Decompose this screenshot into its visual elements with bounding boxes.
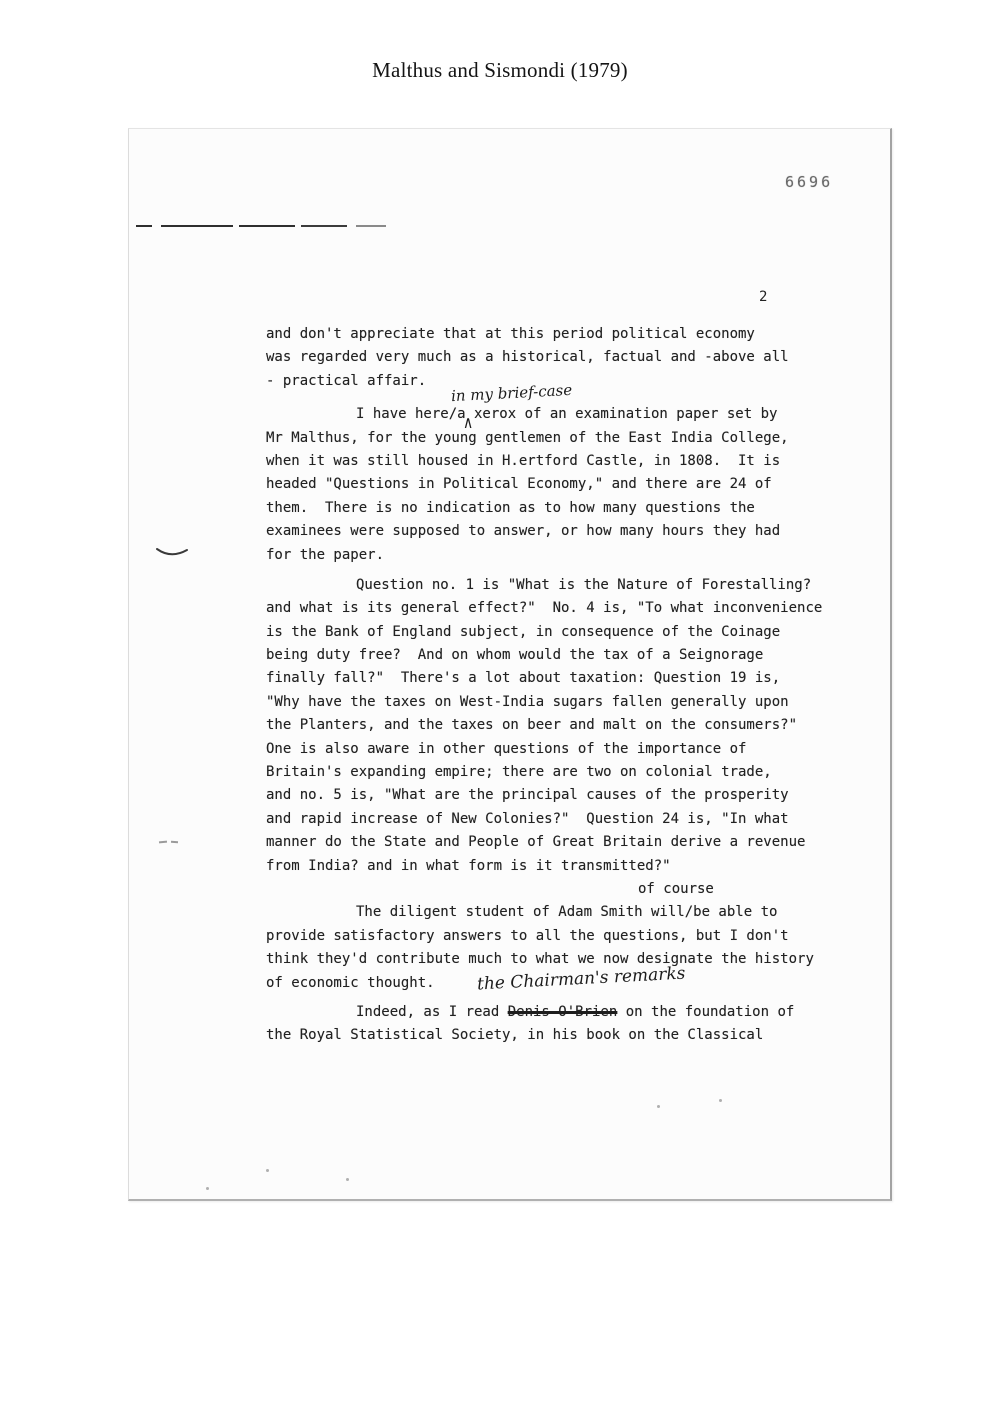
typed-line: and rapid increase of New Colonies?" Que…	[266, 808, 886, 831]
typed-line: is the Bank of England subject, in conse…	[266, 621, 886, 644]
margin-mark-dash	[159, 841, 178, 860]
scan-noise-dot	[266, 1169, 269, 1172]
typed-line: think they'd contribute much to what we …	[266, 948, 886, 971]
typed-line: examinees were supposed to answer, or ho…	[266, 520, 886, 543]
typed-line: headed "Questions in Political Economy,"…	[266, 473, 886, 496]
typed-line: from India? and in what form is it trans…	[266, 855, 886, 878]
scan-noise-dot	[206, 1187, 209, 1190]
typed-line: Britain's expanding empire; there are tw…	[266, 761, 886, 784]
stamp-number: 6696	[785, 173, 833, 191]
typed-line: when it was still housed in H.ertford Ca…	[266, 450, 886, 473]
typed-line-with-strikeout: Indeed, as I read Denis O'Brien on the f…	[266, 1001, 886, 1024]
typed-line: and don't appreciate that at this period…	[266, 323, 886, 346]
typed-line: One is also aware in other questions of …	[266, 738, 886, 761]
typed-line: finally fall?" There's a lot about taxat…	[266, 667, 886, 690]
typed-line: Question no. 1 is "What is the Nature of…	[266, 574, 886, 597]
struck-text: Denis O'Brien	[508, 1004, 618, 1020]
typed-line: and what is its general effect?" No. 4 i…	[266, 597, 886, 620]
typed-line: provide satisfactory answers to all the …	[266, 925, 886, 948]
typed-text: on the foundation of	[617, 1004, 794, 1020]
typed-interline-insertion: of course	[266, 878, 886, 901]
typed-line: The diligent student of Adam Smith will/…	[266, 901, 886, 924]
typed-line: "Why have the taxes on West-India sugars…	[266, 691, 886, 714]
typed-line: manner do the State and People of Great …	[266, 831, 886, 854]
typed-line: being duty free? And on whom would the t…	[266, 644, 886, 667]
scan-dash-artifact	[136, 223, 386, 242]
typed-line: the Royal Statistical Society, in his bo…	[266, 1024, 886, 1047]
scan-noise-dot	[657, 1105, 660, 1108]
typed-line: and no. 5 is, "What are the principal ca…	[266, 784, 886, 807]
page-number: 2	[759, 289, 767, 305]
typed-text-block: and don't appreciate that at this period…	[266, 323, 886, 1048]
typed-line: was regarded very much as a historical, …	[266, 346, 886, 369]
scanned-page: 6696 2 and don't appreciate that at this…	[128, 128, 892, 1201]
margin-mark-curve	[155, 545, 189, 561]
page-title: Malthus and Sismondi (1979)	[0, 58, 1000, 83]
scan-noise-dot	[346, 1178, 349, 1181]
insertion-caret-icon: ∧	[463, 413, 473, 432]
typed-line: Mr Malthus, for the young gentlemen of t…	[266, 427, 886, 450]
typed-line: I have here/a xerox of an examination pa…	[266, 403, 886, 426]
typed-line: - practical affair.	[266, 370, 886, 393]
typed-line: for the paper.	[266, 544, 886, 567]
scan-noise-dot	[719, 1099, 722, 1102]
typed-line: the Planters, and the taxes on beer and …	[266, 714, 886, 737]
typed-line: them. There is no indication as to how m…	[266, 497, 886, 520]
typed-text: Indeed, as I read	[356, 1004, 508, 1020]
